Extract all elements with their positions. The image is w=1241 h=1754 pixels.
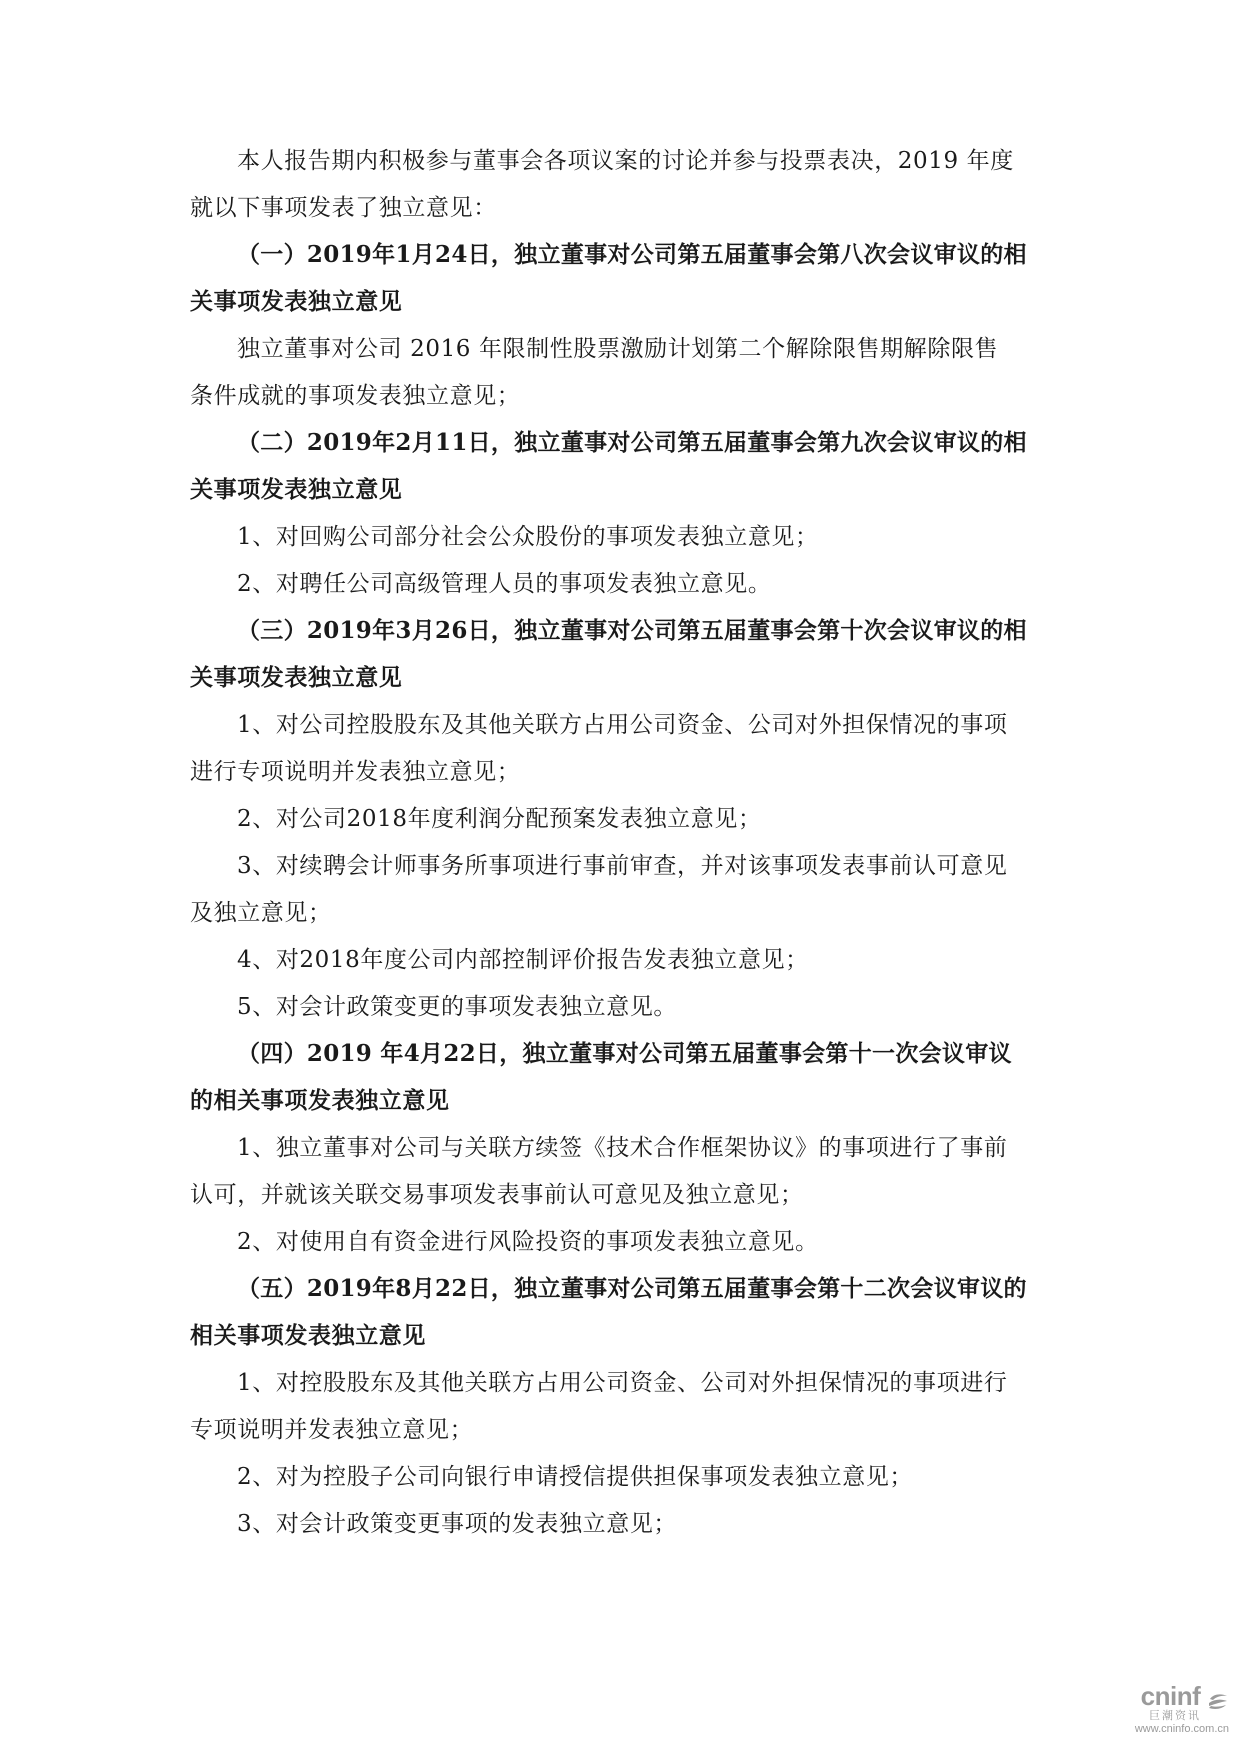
watermark-chinese-name: 巨潮资讯 <box>1099 1709 1201 1723</box>
section-3-item-4: 4、对2018年度公司内部控制评价报告发表独立意见； <box>237 945 1097 975</box>
section-2-item-2: 2、对聘任公司高级管理人员的事项发表独立意见。 <box>237 569 1097 599</box>
section-2-item-1: 1、对回购公司部分社会公众股份的事项发表独立意见； <box>237 522 1097 552</box>
section-2-heading: （二）2019年2月11日，独立董事对公司第五届董事会第九次会议审议的相 <box>237 428 1097 458</box>
section-3-item-3-cont: 及独立意见； <box>190 898 1050 928</box>
section-3-item-1-cont: 进行专项说明并发表独立意见； <box>190 757 1050 787</box>
section-4-item-1-cont: 认可，并就该关联交易事项发表事前认可意见及独立意见； <box>190 1180 1050 1210</box>
section-4-item-1: 1、独立董事对公司与关联方续签《技术合作框架协议》的事项进行了事前 <box>237 1133 1097 1163</box>
section-3-item-3: 3、对续聘会计师事务所事项进行事前审查，并对该事项发表事前认可意见 <box>237 851 1097 881</box>
section-1-heading: （一）2019年1月24日，独立董事对公司第五届董事会第八次会议审议的相 <box>237 240 1097 270</box>
intro-line-1: 本人报告期内积极参与董事会各项议案的讨论并参与投票表决，2019 年度 <box>237 146 1097 176</box>
watermark-logo-text: cninf <box>1141 1681 1201 1711</box>
section-3-item-2: 2、对公司2018年度利润分配预案发表独立意见； <box>237 804 1097 834</box>
section-3-heading-cont: 关事项发表独立意见 <box>190 663 1050 693</box>
section-1-heading-cont: 关事项发表独立意见 <box>190 287 1050 317</box>
document-page: 本人报告期内积极参与董事会各项议案的讨论并参与投票表决，2019 年度 就以下事… <box>0 0 1241 1754</box>
section-4-heading: （四）2019 年4月22日，独立董事对公司第五届董事会第十一次会议审议 <box>237 1039 1097 1069</box>
section-1-item-1: 独立董事对公司 2016 年限制性股票激励计划第二个解除限售期解除限售 <box>237 334 1097 364</box>
section-5-item-3: 3、对会计政策变更事项的发表独立意见； <box>237 1509 1097 1539</box>
watermark-url: www.cninfo.com.cn <box>1099 1723 1229 1736</box>
section-3-item-1: 1、对公司控股股东及其他关联方占用公司资金、公司对外担保情况的事项 <box>237 710 1097 740</box>
section-3-heading: （三）2019年3月26日，独立董事对公司第五届董事会第十次会议审议的相 <box>237 616 1097 646</box>
section-4-heading-cont: 的相关事项发表独立意见 <box>190 1086 1050 1116</box>
cninfo-swirl-icon <box>1207 1689 1229 1707</box>
intro-line-2: 就以下事项发表了独立意见： <box>190 193 1050 223</box>
watermark-logo: cninf <box>1099 1683 1229 1709</box>
section-1-item-1-cont: 条件成就的事项发表独立意见； <box>190 381 1050 411</box>
section-5-heading-cont: 相关事项发表独立意见 <box>190 1321 1050 1351</box>
section-4-item-2: 2、对使用自有资金进行风险投资的事项发表独立意见。 <box>237 1227 1097 1257</box>
section-3-item-5: 5、对会计政策变更的事项发表独立意见。 <box>237 992 1097 1022</box>
section-5-item-1: 1、对控股股东及其他关联方占用公司资金、公司对外担保情况的事项进行 <box>237 1368 1097 1398</box>
section-5-item-2: 2、对为控股子公司向银行申请授信提供担保事项发表独立意见； <box>237 1462 1097 1492</box>
section-5-item-1-cont: 专项说明并发表独立意见； <box>190 1415 1050 1445</box>
cninfo-watermark: cninf 巨潮资讯 www.cninfo.com.cn <box>1099 1683 1229 1736</box>
section-2-heading-cont: 关事项发表独立意见 <box>190 475 1050 505</box>
section-5-heading: （五）2019年8月22日，独立董事对公司第五届董事会第十二次会议审议的 <box>237 1274 1097 1304</box>
